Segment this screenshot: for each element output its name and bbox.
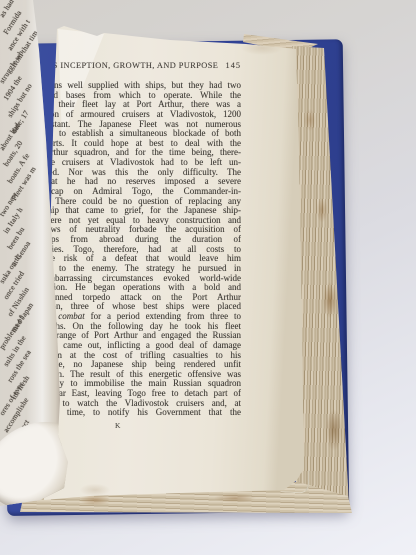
text-line: embarrassing circumstances evoked world-… [44,274,241,284]
text-line: ration. He began operations with a bold … [44,283,241,293]
text-line: ically to immobilise the main Russian sq… [44,379,241,389]
text-line: dicap on Admiral Togo, the Commander-in- [44,187,241,197]
text-line: distant. The Japanese Fleet was not nume… [44,120,241,130]
text-line: force, no Japanese ship being rendered u… [44,360,241,370]
text-line: sians well supplied with ships, but they… [44,81,241,91]
text-line: ction. The result of this energetic offe… [44,370,241,380]
text-line: planned torpedo attack on the Port Arthu… [44,293,241,303]
text-line: sion of armoured cruisers at Vladivostok… [44,110,241,120]
text-line: of their fleet lay at Port Arthur, there… [44,100,241,110]
text-line: hips from abroad during the duration of [44,235,241,245]
text-line: f. There could be no question of replaci… [44,197,241,207]
header-title: ITS INCEPTION, GROWTH, AND PURPOSE [44,61,218,71]
text-line: ports. It could hope at best to deal wit… [44,139,241,149]
text-line: dron, three of whose best ships were pla… [44,302,241,312]
text-line: that he had no reserves imposed a severe [44,177,241,187]
book-photo: ITS INCEPTION, GROWTH, AND PURPOSE 145 s… [0,0,416,555]
text-line: them at the cost of trifling casualties … [44,351,241,361]
text-line: hed. Nor was this the only difficulty. T… [44,168,241,178]
text-line: the cruisers at Vladivostok had to be le… [44,158,241,168]
text-line: fied bases from which to operate. While … [44,91,241,101]
text-line: lities. Togo, therefore, had at all cost… [44,245,241,255]
body-text: sians well supplied with ships, but they… [44,81,241,418]
text-line: or to the enemy. The strategy he pursued… [44,264,241,274]
text-line: e Far East, leaving Togo free to detach … [44,389,241,399]
text-line: ship that came to grief, for the Japanes… [44,206,241,216]
page-content: ITS INCEPTION, GROWTH, AND PURPOSE 145 s… [44,61,241,430]
text-line: laws of neutrality forbade the acquisiti… [44,225,241,235]
text-line: gh to establish a simultaneous blockade … [44,129,241,139]
text-line: ame time, to notify his Government that … [44,408,241,418]
text-line: onths. On the following day he took his … [44,322,241,332]
text-line: were not yet equal to heavy construction… [44,216,241,226]
text-line: that came out, inflicting a good deal of… [44,341,241,351]
text-line: the risk of a defeat that would leave hi… [44,254,241,264]
page-number: 145 [226,61,241,71]
text-line: Arthur squadron, and for the time being,… [44,148,241,158]
text-line: rce to watch the Vladivostok cruisers an… [44,399,241,409]
text-line: de combat for a period extending from th… [44,312,241,322]
signature-mark: K [115,421,241,430]
text-line: in range of Port Arthur and engaged the … [44,331,241,341]
running-header: ITS INCEPTION, GROWTH, AND PURPOSE 145 [44,61,241,71]
